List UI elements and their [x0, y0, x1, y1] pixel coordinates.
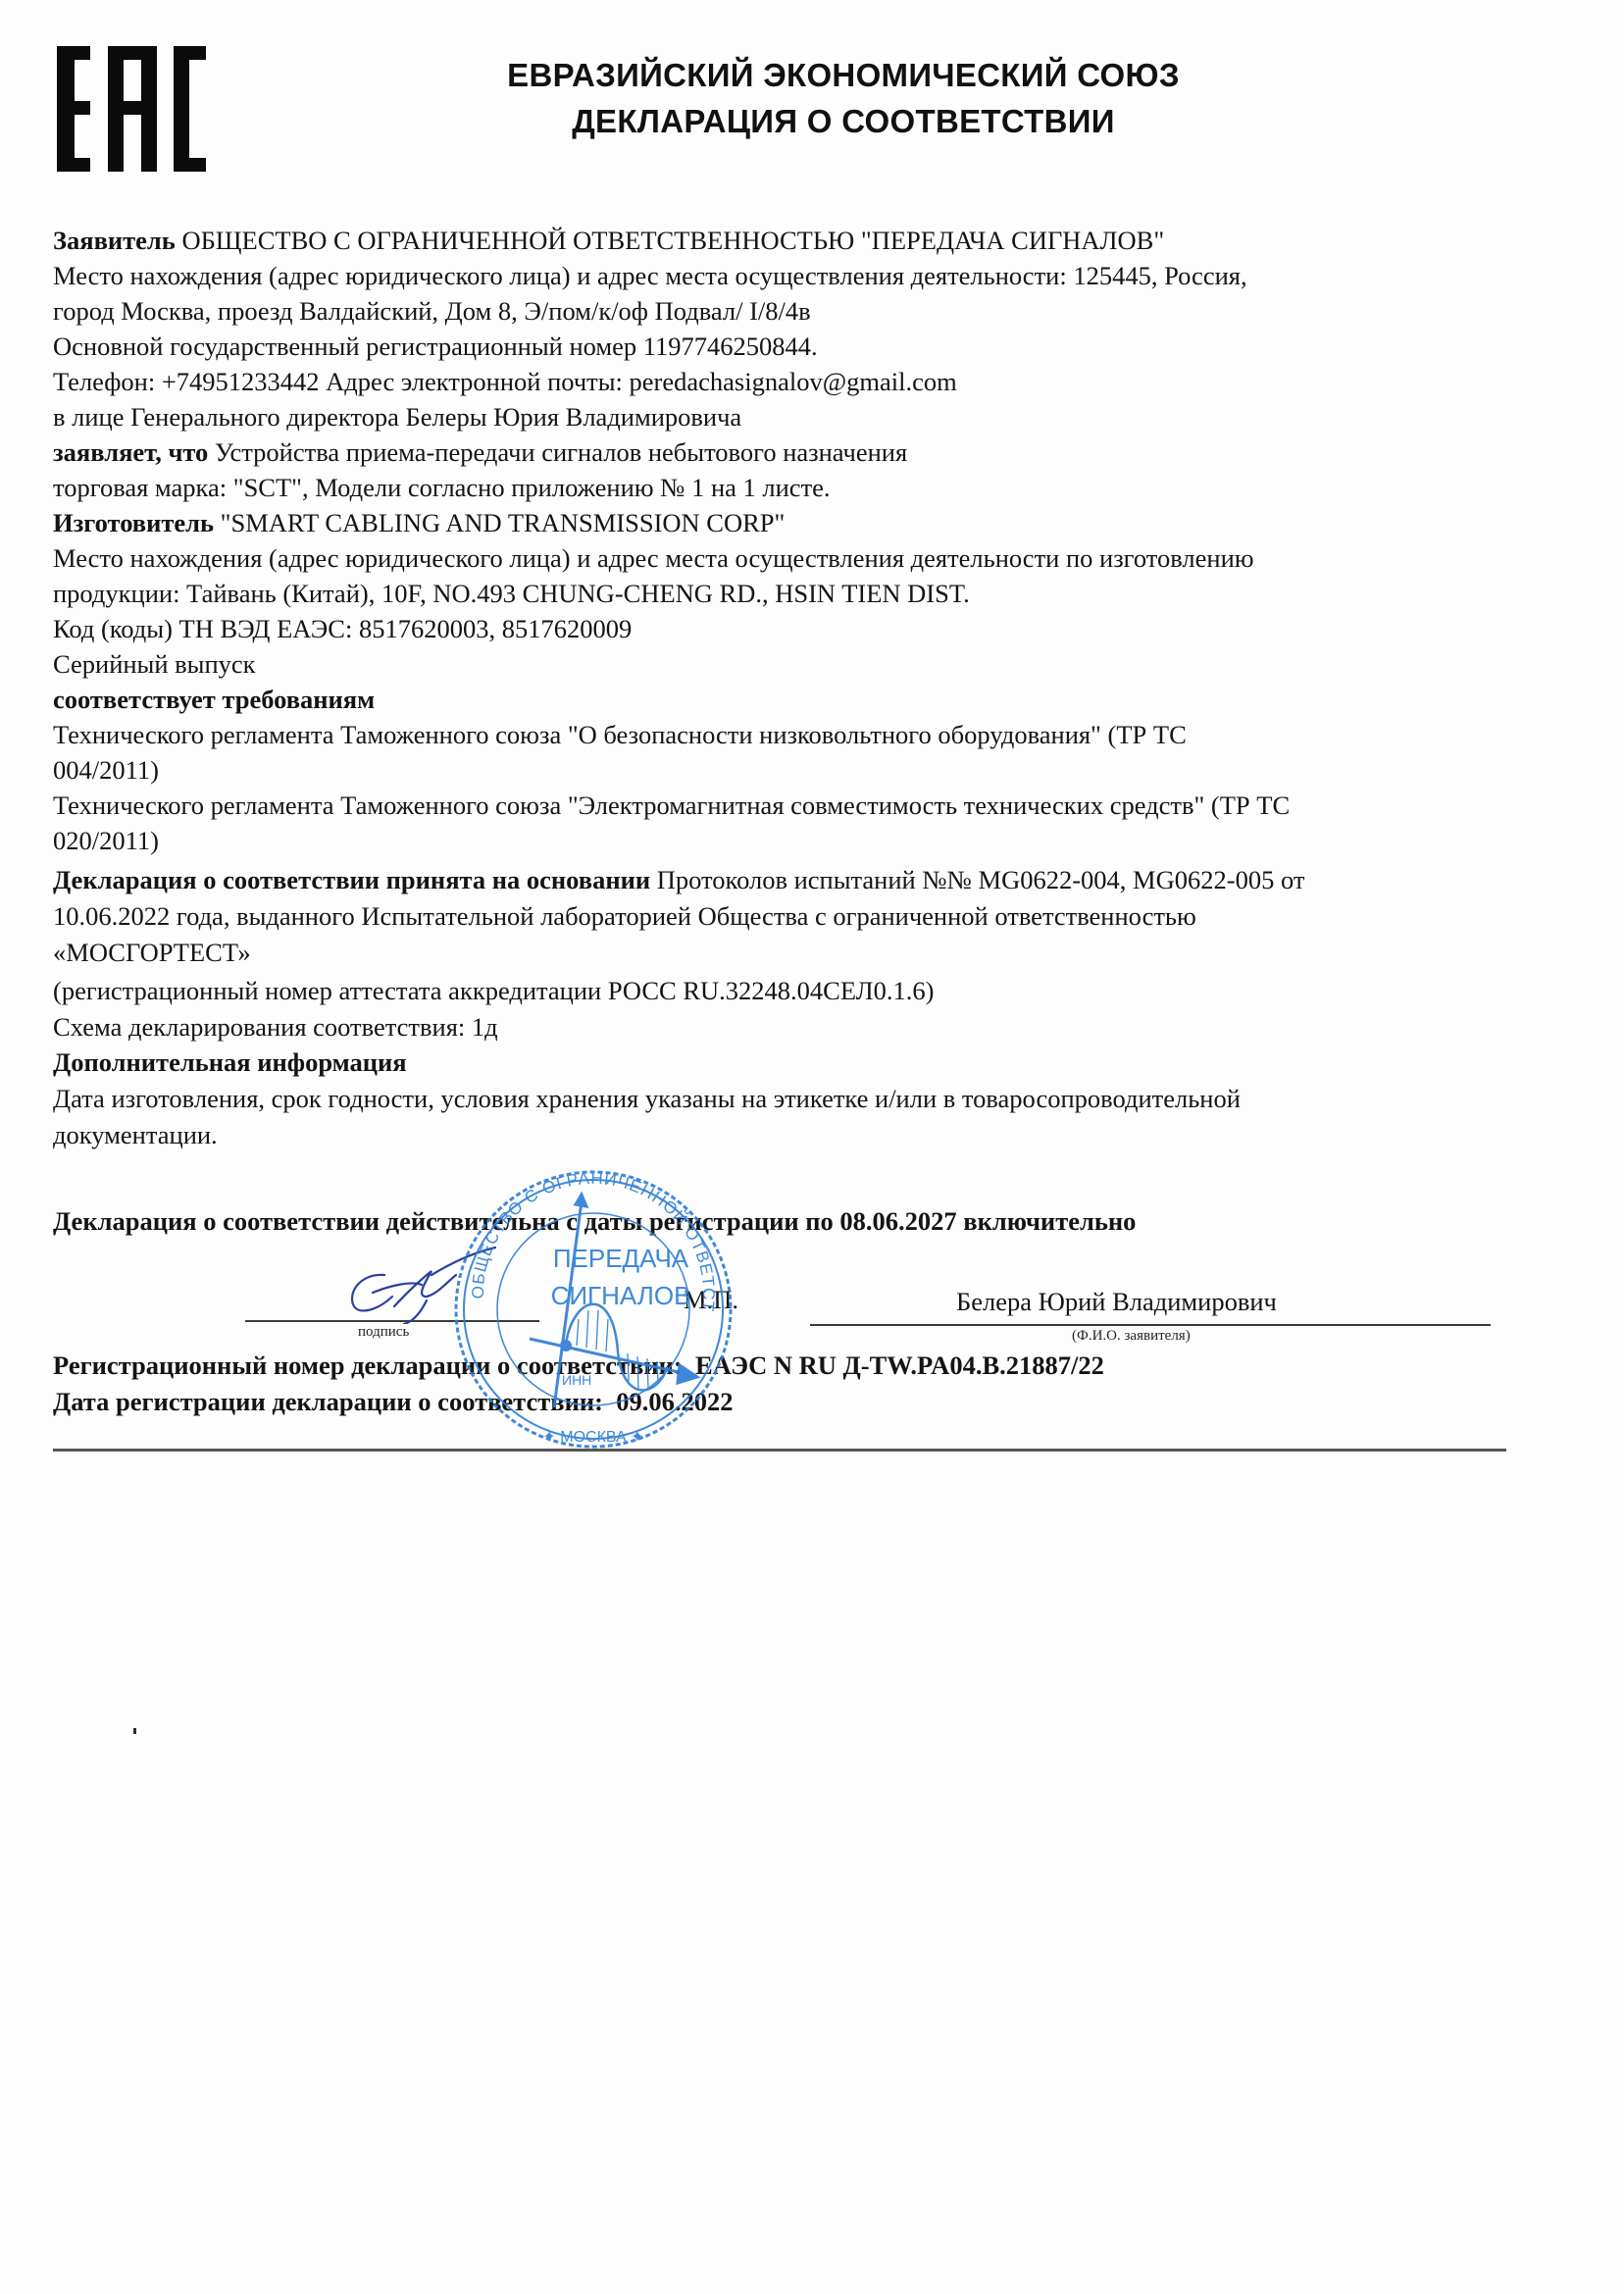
declares-line: заявляет, что Устройства приема-передачи… — [53, 437, 907, 467]
applicant-address-2: город Москва, проезд Валдайский, Дом 8, … — [53, 296, 811, 326]
test-protocols: Протоколов испытаний №№ MG0622-004, MG06… — [650, 865, 1304, 894]
bottom-divider — [53, 1449, 1506, 1452]
manufacturer-name: "SMART CABLING AND TRANSMISSION CORP" — [214, 508, 785, 537]
additional-info-line1: Дата изготовления, срок годности, услови… — [53, 1084, 1241, 1113]
applicant-address-1: Место нахождения (адрес юридического лиц… — [53, 261, 1247, 290]
header-union-title: ЕВРАЗИЙСКИЙ ЭКОНОМИЧЕСКИЙ СОЮЗ — [431, 57, 1255, 94]
applicant-ogrn: Основной государственный регистрационный… — [53, 331, 818, 361]
manufacturer-line: Изготовитель "SMART CABLING AND TRANSMIS… — [53, 508, 785, 537]
eac-mark-icon — [54, 44, 206, 172]
signer-caption: (Ф.И.О. заявителя) — [1072, 1328, 1191, 1345]
additional-info-line2: документации. — [53, 1120, 218, 1149]
trademark-line: торговая марка: "SCT", Модели согласно п… — [53, 473, 831, 502]
basis-line-3: «МОСГОРТЕСТ» — [53, 938, 251, 967]
manufacturer-address-2: продукции: Тайвань (Китай), 10F, NO.493 … — [53, 579, 970, 608]
requirement-2-line1: Технического регламента Таможенного союз… — [53, 790, 1290, 820]
manufacturer-address-1: Место нахождения (адрес юридического лиц… — [53, 543, 1254, 573]
accreditation-number: (регистрационный номер аттестата аккреди… — [53, 976, 934, 1005]
basis-line-2: 10.06.2022 года, выданного Испытательной… — [53, 901, 1196, 931]
requirements-label: соответствует требованиям — [53, 685, 375, 714]
manufacturer-label: Изготовитель — [53, 508, 214, 537]
additional-info-label: Дополнительная информация — [53, 1047, 407, 1077]
basis-label: Декларация о соответствии принята на осн… — [53, 865, 650, 894]
applicant-label: Заявитель — [53, 226, 176, 255]
registration-number-value: ЕАЭС N RU Д-TW.PA04.B.21887/22 — [695, 1351, 1104, 1380]
applicant-contacts: Телефон: +74951233442 Адрес электронной … — [53, 367, 957, 396]
requirement-2-line2: 020/2011) — [53, 826, 159, 855]
applicant-represented-by: в лице Генерального директора Белеры Юри… — [53, 402, 741, 432]
basis-line: Декларация о соответствии принята на осн… — [53, 865, 1304, 894]
product-description: Устройства приема-передачи сигналов небы… — [208, 437, 907, 467]
declaration-page: ЕВРАЗИЙСКИЙ ЭКОНОМИЧЕСКИЙ СОЮЗ ДЕКЛАРАЦИ… — [0, 0, 1624, 2294]
header-document-title: ДЕКЛАРАЦИЯ О СООТВЕТСТВИИ — [431, 103, 1255, 140]
hs-codes: Код (коды) ТН ВЭД ЕАЭС: 8517620003, 8517… — [53, 614, 632, 643]
declaration-scheme: Схема декларирования соответствия: 1д — [53, 1012, 498, 1042]
svg-text:✦ МОСКВА ✦: ✦ МОСКВА ✦ — [542, 1429, 643, 1446]
signer-name-line — [810, 1324, 1491, 1326]
declares-label: заявляет, что — [53, 437, 208, 467]
signer-name: Белера Юрий Владимирович — [956, 1287, 1277, 1316]
scan-speck — [133, 1728, 136, 1734]
company-seal-icon: ОБЩЕСТВО С ОГРАНИЧЕННОЙ ОТВЕТСТВЕННОСТЬЮ… — [446, 1157, 740, 1461]
applicant-name: ОБЩЕСТВО С ОГРАНИЧЕННОЙ ОТВЕТСТВЕННОСТЬЮ… — [176, 226, 1164, 255]
applicant-line: Заявитель ОБЩЕСТВО С ОГРАНИЧЕННОЙ ОТВЕТС… — [53, 226, 1164, 255]
requirement-1-line2: 004/2011) — [53, 755, 159, 785]
svg-text:ИНН: ИНН — [562, 1372, 591, 1388]
requirement-1-line1: Технического регламента Таможенного союз… — [53, 720, 1187, 749]
signature-caption: подпись — [358, 1324, 409, 1341]
production-type: Серийный выпуск — [53, 649, 256, 679]
